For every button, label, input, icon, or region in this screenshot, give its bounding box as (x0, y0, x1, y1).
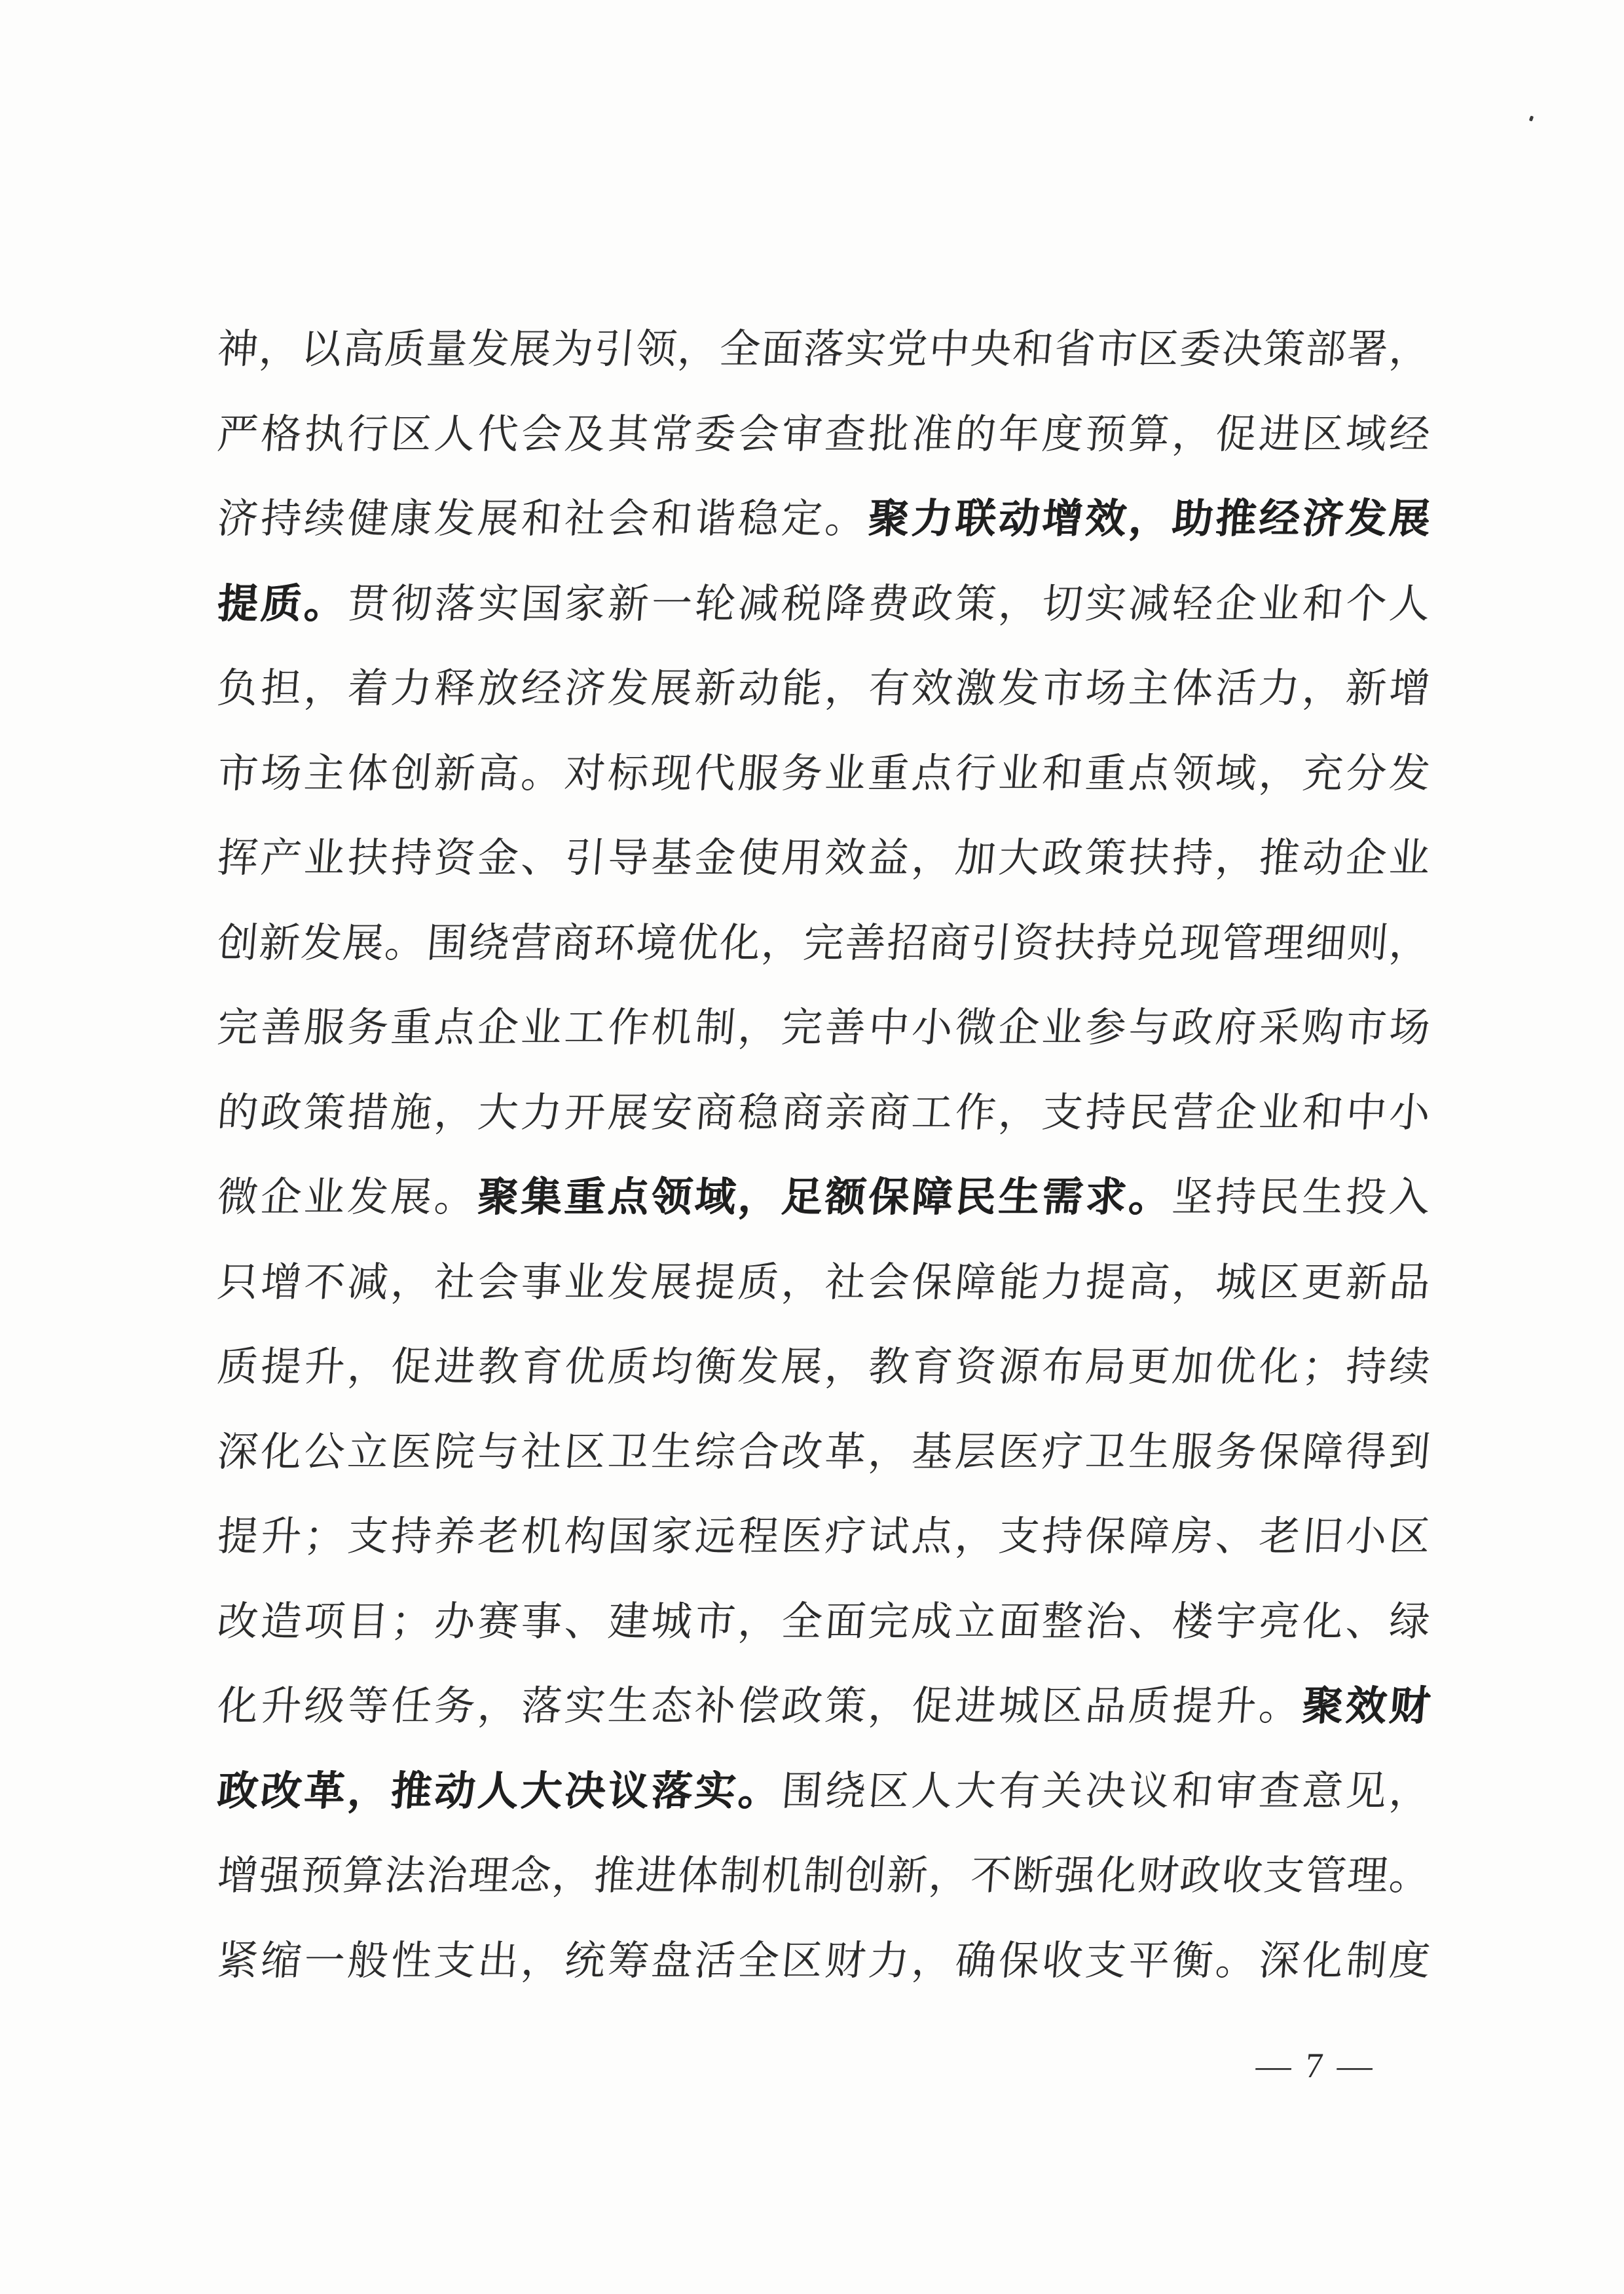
text-line: 提升；支持养老机构国家远程医疗试点，支持保障房、老旧小区 (214, 1495, 1433, 1580)
emphasis-text: 聚集重点领域，足额保障民生需求。 (476, 1175, 1174, 1220)
text-line: 济持续健康发展和社会和谐稳定。聚力联动增效，助推经济发展 (214, 477, 1433, 563)
text-line: 负担，着力释放经济发展新动能，有效激发市场主体活力，新增 (214, 647, 1433, 732)
body-text-segment: 创新发展。围绕营商环境优化，完善招商引资扶持兑现管理细则， (215, 921, 1431, 966)
body-text-segment: 改造项目；办赛事、建城市，全面完成立面整治、楼宇亮化、绿 (215, 1600, 1431, 1644)
body-text-segment: 挥产业扶持资金、引导基金使用效益，加大政策扶持，推动企业 (215, 836, 1431, 881)
text-line: 增强预算法治理念，推进体制机制创新，不断强化财政收支管理。 (214, 1834, 1433, 1919)
emphasis-text: 聚效财 (1301, 1684, 1431, 1729)
emphasis-text: 聚力联动增效，助推经济发展 (867, 497, 1432, 542)
body-text-segment: 质提升，促进教育优质均衡发展，教育资源布局更加优化；持续 (215, 1345, 1431, 1390)
text-line: 的政策措施，大力开展安商稳商亲商工作，支持民营企业和中小 (214, 1071, 1433, 1156)
scan-speck (1529, 115, 1534, 121)
body-text-segment: 提升；支持养老机构国家远程医疗试点，支持保障房、老旧小区 (215, 1515, 1431, 1559)
text-line: 完善服务重点企业工作机制，完善中小微企业参与政府采购市场 (214, 986, 1433, 1071)
emphasis-text: 政改革，推动人大决议落实。 (215, 1769, 783, 1814)
body-text-segment: 只增不减，社会事业发展提质，社会保障能力提高，城区更新品 (215, 1261, 1431, 1305)
body-text-segment: 的政策措施，大力开展安商稳商亲商工作，支持民营企业和中小 (215, 1091, 1431, 1136)
text-line: 微企业发展。聚集重点领域，足额保障民生需求。坚持民生投入 (214, 1156, 1433, 1241)
body-text-segment: 微企业发展。 (215, 1175, 479, 1220)
text-line: 严格执行区人代会及其常委会审查批准的年度预算，促进区域经 (214, 393, 1433, 478)
text-line: 神，以高质量发展为引领，全面落实党中央和省市区委决策部署， (214, 308, 1433, 393)
text-line: 市场主体创新高。对标现代服务业重点行业和重点领域，充分发 (214, 732, 1433, 817)
body-text-segment: 严格执行区人代会及其常委会审查批准的年度预算，促进区域经 (215, 413, 1431, 457)
body-text-segment: 负担，着力释放经济发展新动能，有效激发市场主体活力，新增 (215, 667, 1431, 711)
text-line: 只增不减，社会事业发展提质，社会保障能力提高，城区更新品 (214, 1241, 1433, 1326)
body-text-segment: 济持续健康发展和社会和谐稳定。 (215, 497, 870, 542)
text-line: 深化公立医院与社区卫生综合改革，基层医疗卫生服务保障得到 (214, 1411, 1433, 1496)
body-text-segment: 坚持民生投入 (1170, 1175, 1431, 1220)
body-text-segment: 化升级等任务，落实生态补偿政策，促进城区品质提升。 (215, 1684, 1304, 1729)
text-line: 政改革，推动人大决议落实。围绕区人大有关决议和审查意见， (214, 1750, 1433, 1835)
body-text-segment: 完善服务重点企业工作机制，完善中小微企业参与政府采购市场 (215, 1006, 1431, 1050)
text-line: 挥产业扶持资金、引导基金使用效益，加大政策扶持，推动企业 (214, 817, 1433, 902)
text-line: 提质。贯彻落实国家新一轮减税降费政策，切实减轻企业和个人 (214, 563, 1433, 648)
body-text-segment: 市场主体创新高。对标现代服务业重点行业和重点领域，充分发 (215, 752, 1431, 796)
document-page: 神，以高质量发展为引领，全面落实党中央和省市区委决策部署，严格执行区人代会及其常… (0, 0, 1624, 2294)
body-text-segment: 神，以高质量发展为引领，全面落实党中央和省市区委决策部署， (215, 327, 1431, 372)
text-line: 化升级等任务，落实生态补偿政策，促进城区品质提升。聚效财 (214, 1665, 1433, 1750)
emphasis-text: 提质。 (215, 582, 349, 627)
body-text-segment: 深化公立医院与社区卫生综合改革，基层医疗卫生服务保障得到 (215, 1430, 1431, 1475)
text-line: 紧缩一般性支出，统筹盘活全区财力，确保收支平衡。深化制度 (214, 1919, 1433, 2005)
text-line: 质提升，促进教育优质均衡发展，教育资源布局更加优化；持续 (214, 1325, 1433, 1411)
body-text-segment: 增强预算法治理念，推进体制机制创新，不断强化财政收支管理。 (215, 1854, 1431, 1898)
text-line: 创新发展。围绕营商环境优化，完善招商引资扶持兑现管理细则， (214, 902, 1433, 987)
body-text: 神，以高质量发展为引领，全面落实党中央和省市区委决策部署，严格执行区人代会及其常… (217, 308, 1430, 2004)
text-line: 改造项目；办赛事、建城市，全面完成立面整治、楼宇亮化、绿 (214, 1580, 1433, 1665)
body-text-segment: 贯彻落实国家新一轮减税降费政策，切实减轻企业和个人 (346, 582, 1431, 627)
body-text-segment: 紧缩一般性支出，统筹盘活全区财力，确保收支平衡。深化制度 (215, 1939, 1431, 1984)
page-number: — 7 — (1254, 2042, 1428, 2089)
body-text-segment: 围绕区人大有关决议和审查意见， (780, 1769, 1432, 1814)
